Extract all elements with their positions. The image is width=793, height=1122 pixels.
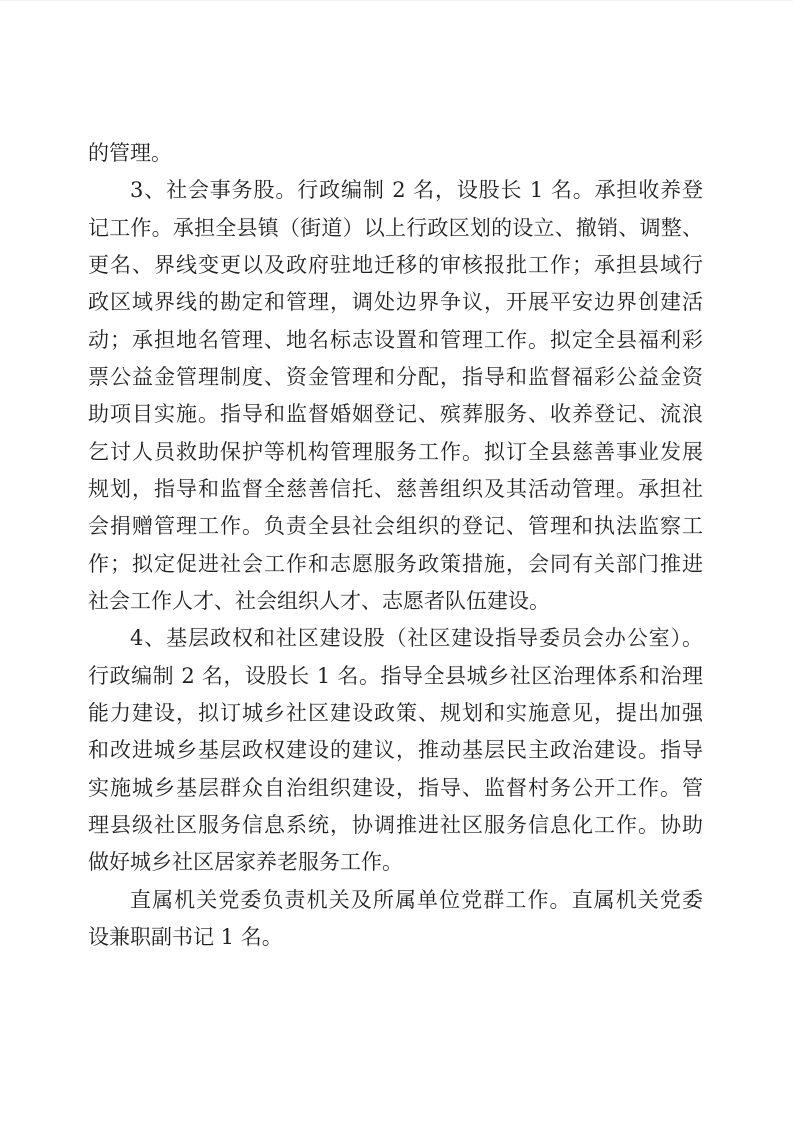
paragraph-section-3-social-affairs: 3、社会事务股。行政编制 2 名，设股长 1 名。承担收养登 记工作。承担全县镇…	[88, 172, 703, 620]
text-line: 更名、界线变更以及政府驻地迁移的审核报批工作；承担县域行	[88, 247, 703, 284]
text-line: 政区域界线的勘定和管理，调处边界争议，开展平安边界创建活	[88, 284, 703, 321]
text-line: 社会工作人才、社会组织人才、志愿者队伍建设。	[88, 583, 703, 620]
text-line: 直属机关党委负责机关及所属单位党群工作。直属机关党委	[88, 882, 703, 919]
text-line: 3、社会事务股。行政编制 2 名，设股长 1 名。承担收养登	[88, 172, 703, 209]
text-line: 和改进城乡基层政权建设的建议，推动基层民主政治建设。指导	[88, 732, 703, 769]
paragraph-continuation: 的管理。	[88, 135, 703, 172]
text-line: 做好城乡社区居家养老服务工作。	[88, 844, 703, 881]
text-line: 的管理。	[88, 135, 703, 172]
paragraph-section-4-grassroots-community: 4、基层政权和社区建设股（社区建设指导委员会办公室）。 行政编制 2 名，设股长…	[88, 620, 703, 881]
page-top-edge-divider	[0, 0, 793, 1]
text-line: 会捐赠管理工作。负责全县社会组织的登记、管理和执法监察工	[88, 508, 703, 545]
document-page: 的管理。 3、社会事务股。行政编制 2 名，设股长 1 名。承担收养登 记工作。…	[0, 0, 793, 1122]
text-line: 4、基层政权和社区建设股（社区建设指导委员会办公室）。	[88, 620, 703, 657]
text-line: 票公益金管理制度、资金管理和分配，指导和监督福彩公益金资	[88, 359, 703, 396]
text-line: 理县级社区服务信息系统，协调推进社区服务信息化工作。协助	[88, 807, 703, 844]
text-line: 动；承担地名管理、地名标志设置和管理工作。拟定全县福利彩	[88, 322, 703, 359]
text-line: 能力建设，拟订城乡社区建设政策、规划和实施意见，提出加强	[88, 695, 703, 732]
text-line: 行政编制 2 名，设股长 1 名。指导全县城乡社区治理体系和治理	[88, 658, 703, 695]
text-line: 实施城乡基层群众自治组织建设，指导、监督村务公开工作。管	[88, 770, 703, 807]
text-line: 作；拟定促进社会工作和志愿服务政策措施，会同有关部门推进	[88, 546, 703, 583]
text-line: 记工作。承担全县镇（街道）以上行政区划的设立、撤销、调整、	[88, 210, 703, 247]
text-line: 乞讨人员救助保护等机构管理服务工作。拟订全县慈善事业发展	[88, 434, 703, 471]
text-line: 助项目实施。指导和监督婚姻登记、殡葬服务、收养登记、流浪	[88, 396, 703, 433]
text-line: 规划，指导和监督全慈善信托、慈善组织及其活动管理。承担社	[88, 471, 703, 508]
text-line: 设兼职副书记 1 名。	[88, 919, 703, 956]
paragraph-party-committee: 直属机关党委负责机关及所属单位党群工作。直属机关党委 设兼职副书记 1 名。	[88, 882, 703, 957]
